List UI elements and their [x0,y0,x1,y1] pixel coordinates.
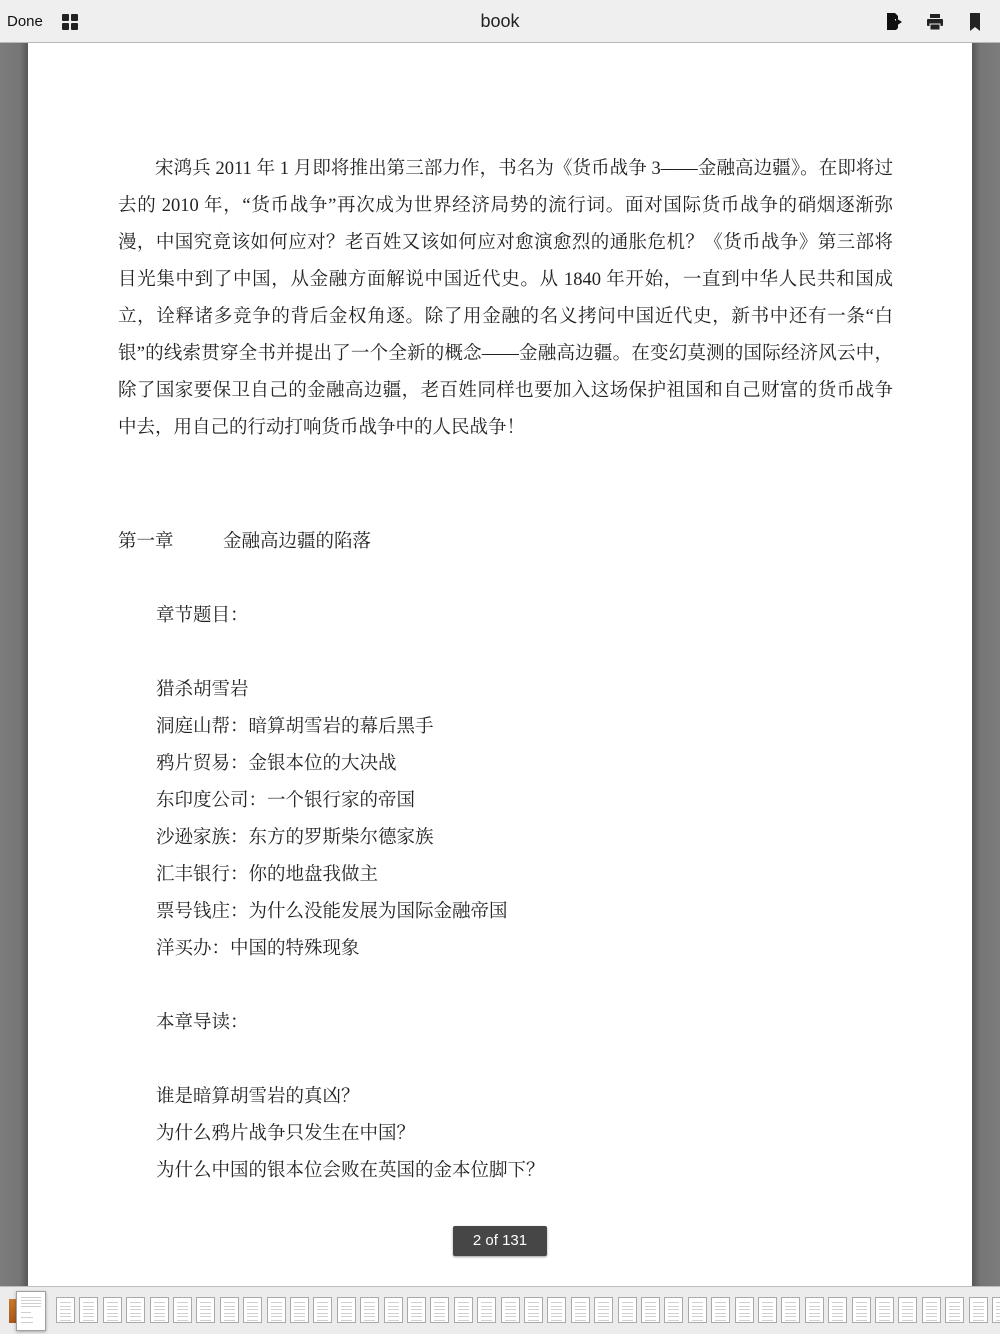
right-margin [972,43,1000,1286]
guide-heading: 本章导读： [156,1008,249,1034]
thumbnail-page[interactable] [828,1297,847,1323]
thumbnail-page[interactable] [454,1297,473,1323]
thumbnail-page[interactable] [430,1297,449,1323]
top-toolbar: Done book [0,0,1000,43]
chapter-number: 第一章 [118,527,223,553]
thumbnail-page[interactable] [79,1297,98,1323]
page-indicator: 2 of 131 [453,1226,547,1256]
thumbnail-page[interactable] [571,1297,590,1323]
thumbnail-page[interactable] [875,1297,894,1323]
thumbnail-page[interactable] [150,1297,169,1323]
thumbnail-page[interactable] [641,1297,660,1323]
section-item: 沙逊家族：东方的罗斯柴尔德家族 [156,823,434,849]
thumbnail-page[interactable] [196,1297,215,1323]
section-item: 汇丰银行：你的地盘我做主 [156,860,378,886]
thumbnail-page[interactable] [664,1297,683,1323]
thumbnail-page[interactable] [547,1297,566,1323]
thumbnail-page[interactable] [477,1297,496,1323]
export-icon[interactable] [884,12,904,32]
section-item: 东印度公司：一个银行家的帝国 [156,786,415,812]
thumbnail-current-page[interactable] [16,1291,46,1331]
thumbnail-page[interactable] [267,1297,286,1323]
section-item: 洞庭山帮：暗算胡雪岩的幕后黑手 [156,712,434,738]
thumbnail-page[interactable] [618,1297,637,1323]
bookmark-icon[interactable] [967,12,987,32]
thumbnail-page[interactable] [992,1297,1000,1323]
thumbnail-page[interactable] [56,1297,75,1323]
thumbnail-page[interactable] [922,1297,941,1323]
thumbnail-page[interactable] [781,1297,800,1323]
chapter-title: 金融高边疆的陷落 [223,532,371,552]
thumbnail-page[interactable] [173,1297,192,1323]
section-item: 鸦片贸易：金银本位的大决战 [156,749,397,775]
thumbnail-page[interactable] [384,1297,403,1323]
print-icon[interactable] [925,12,945,32]
thumbnail-page[interactable] [805,1297,824,1323]
thumbnail-page[interactable] [243,1297,262,1323]
thumbnail-page[interactable] [688,1297,707,1323]
thumbnail-page[interactable] [758,1297,777,1323]
intro-paragraph: 宋鸿兵 2011 年 1 月即将推出第三部力作，书名为《货币战争 3——金融高边… [118,151,893,447]
thumbnail-strip[interactable] [0,1286,1000,1334]
document-page[interactable]: 宋鸿兵 2011 年 1 月即将推出第三部力作，书名为《货币战争 3——金融高边… [28,43,972,1286]
chapter-heading: 第一章金融高边疆的陷落 [118,527,371,553]
section-item: 洋买办：中国的特殊现象 [156,934,360,960]
guide-question: 谁是暗算胡雪岩的真凶？ [156,1082,360,1108]
thumbnail-page[interactable] [594,1297,613,1323]
thumbnail-page[interactable] [735,1297,754,1323]
thumbnail-page[interactable] [337,1297,356,1323]
thumbnail-page[interactable] [524,1297,543,1323]
thumbnail-page[interactable] [407,1297,426,1323]
document-title: book [0,11,1000,32]
thumbnail-page[interactable] [969,1297,988,1323]
thumbnail-page[interactable] [220,1297,239,1323]
thumbnail-page[interactable] [313,1297,332,1323]
left-margin [0,43,28,1286]
section-item: 票号钱庄：为什么没能发展为国际金融帝国 [156,897,508,923]
thumbnail-page[interactable] [501,1297,520,1323]
thumbnail-page[interactable] [898,1297,917,1323]
thumbnail-page[interactable] [126,1297,145,1323]
guide-question: 为什么鸦片战争只发生在中国？ [156,1119,415,1145]
thumbnail-page[interactable] [103,1297,122,1323]
section-item: 猎杀胡雪岩 [156,675,249,701]
thumbnail-page[interactable] [290,1297,309,1323]
thumbnail-page[interactable] [852,1297,871,1323]
thumbnail-page[interactable] [360,1297,379,1323]
thumbnail-page[interactable] [711,1297,730,1323]
sections-heading: 章节题目： [156,601,249,627]
thumbnail-page[interactable] [945,1297,964,1323]
guide-question: 为什么中国的银本位会败在英国的金本位脚下？ [156,1156,545,1182]
